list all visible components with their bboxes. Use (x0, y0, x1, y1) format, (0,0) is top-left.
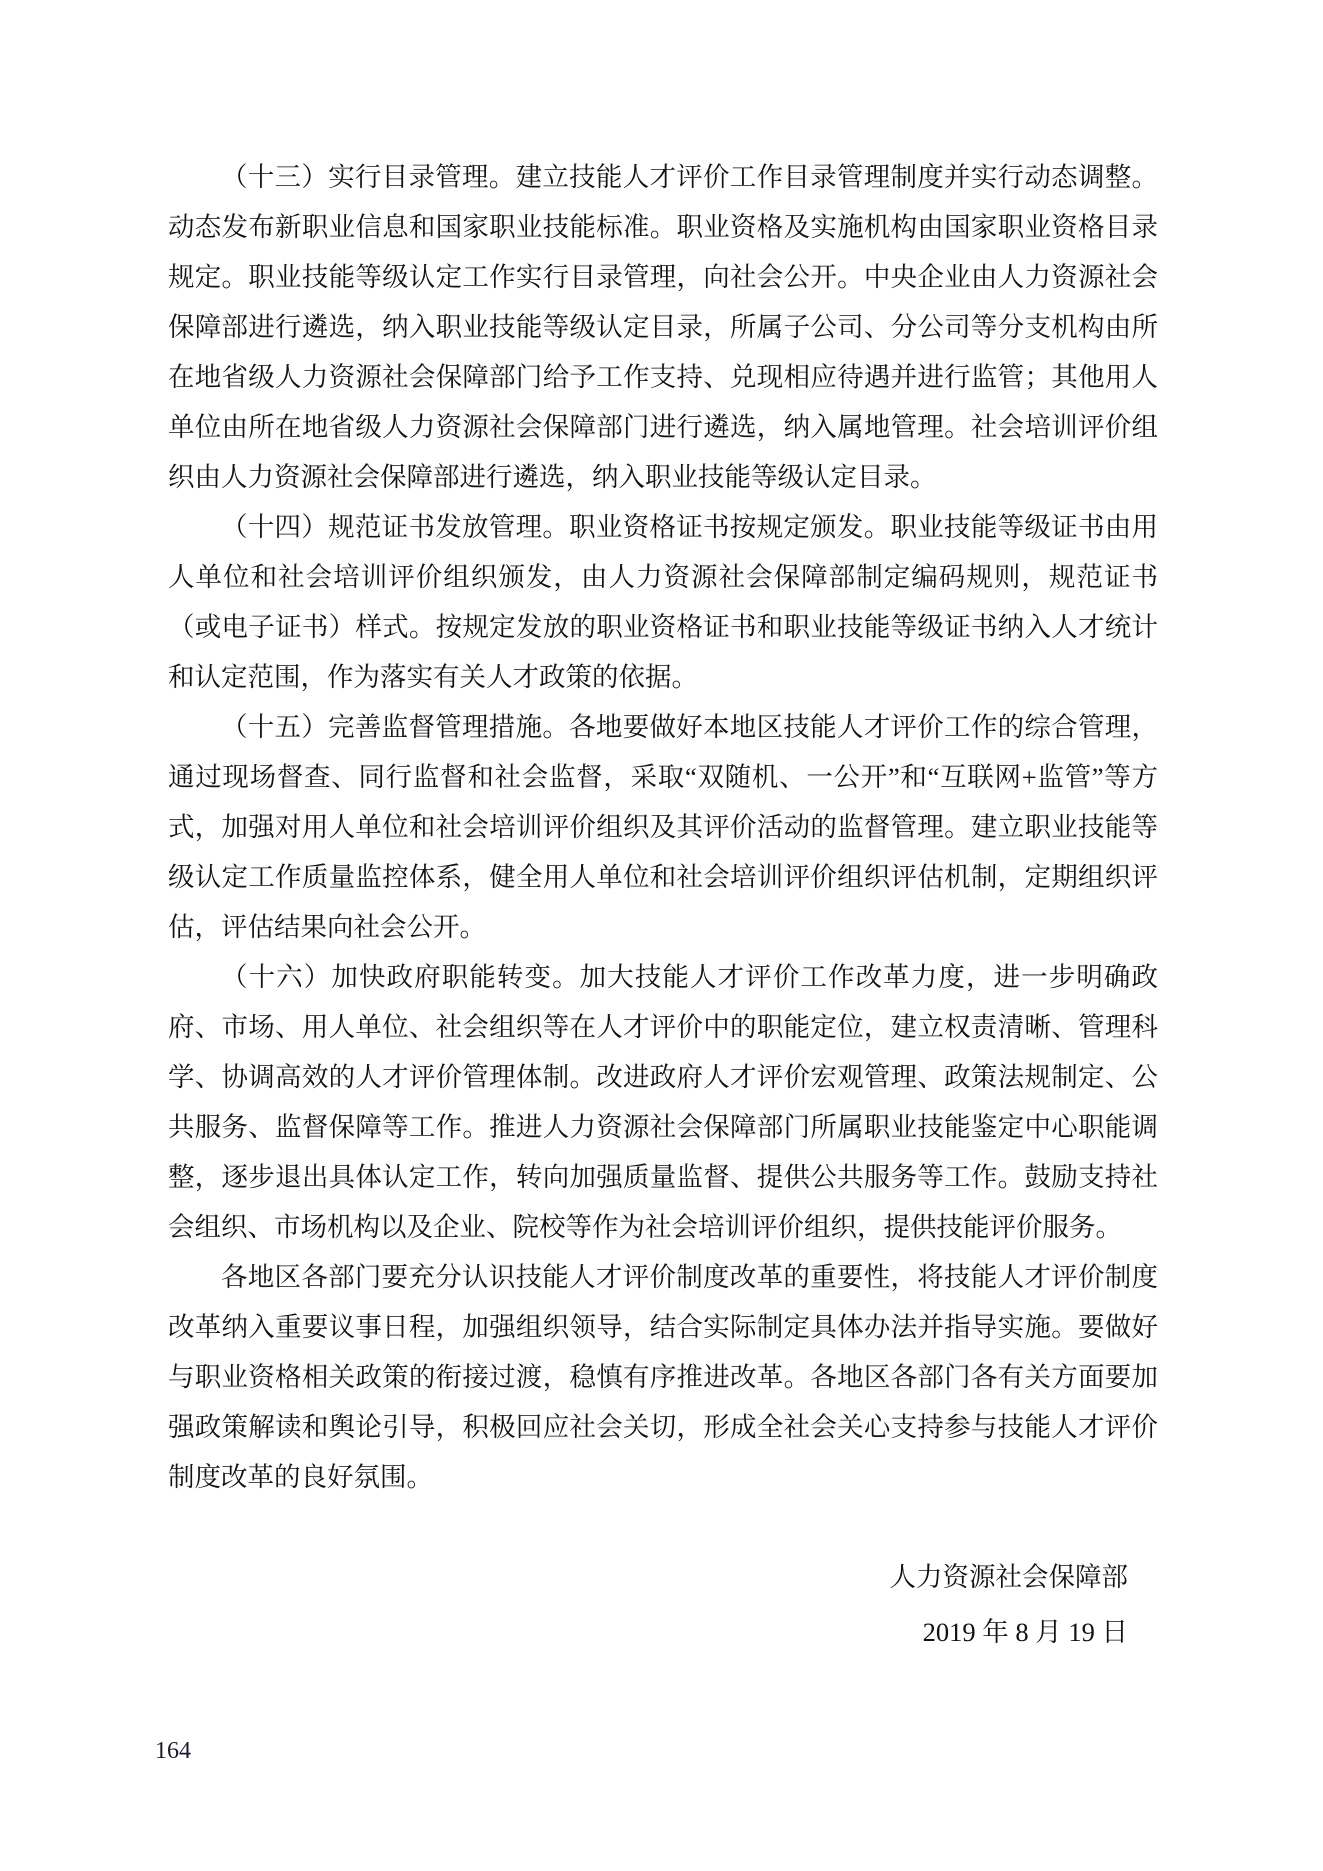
paragraph-item-13: （十三）实行目录管理。建立技能人才评价工作目录管理制度并实行动态调整。动态发布新… (168, 152, 1158, 502)
document-body: （十三）实行目录管理。建立技能人才评价工作目录管理制度并实行动态调整。动态发布新… (168, 152, 1158, 1660)
paragraph-item-16: （十六）加快政府职能转变。加大技能人才评价工作改革力度，进一步明确政府、市场、用… (168, 952, 1158, 1252)
issuing-authority: 人力资源社会保障部 (168, 1550, 1128, 1605)
issue-date: 2019 年 8 月 19 日 (168, 1605, 1128, 1660)
paragraph-closing: 各地区各部门要充分认识技能人才评价制度改革的重要性，将技能人才评价制度改革纳入重… (168, 1252, 1158, 1502)
signature-block: 人力资源社会保障部 2019 年 8 月 19 日 (168, 1550, 1158, 1660)
paragraph-item-15: （十五）完善监督管理措施。各地要做好本地区技能人才评价工作的综合管理，通过现场督… (168, 702, 1158, 952)
page-number: 164 (155, 1736, 191, 1766)
paragraph-item-14: （十四）规范证书发放管理。职业资格证书按规定颁发。职业技能等级证书由用人单位和社… (168, 502, 1158, 702)
document-page: （十三）实行目录管理。建立技能人才评价工作目录管理制度并实行动态调整。动态发布新… (0, 0, 1323, 1871)
